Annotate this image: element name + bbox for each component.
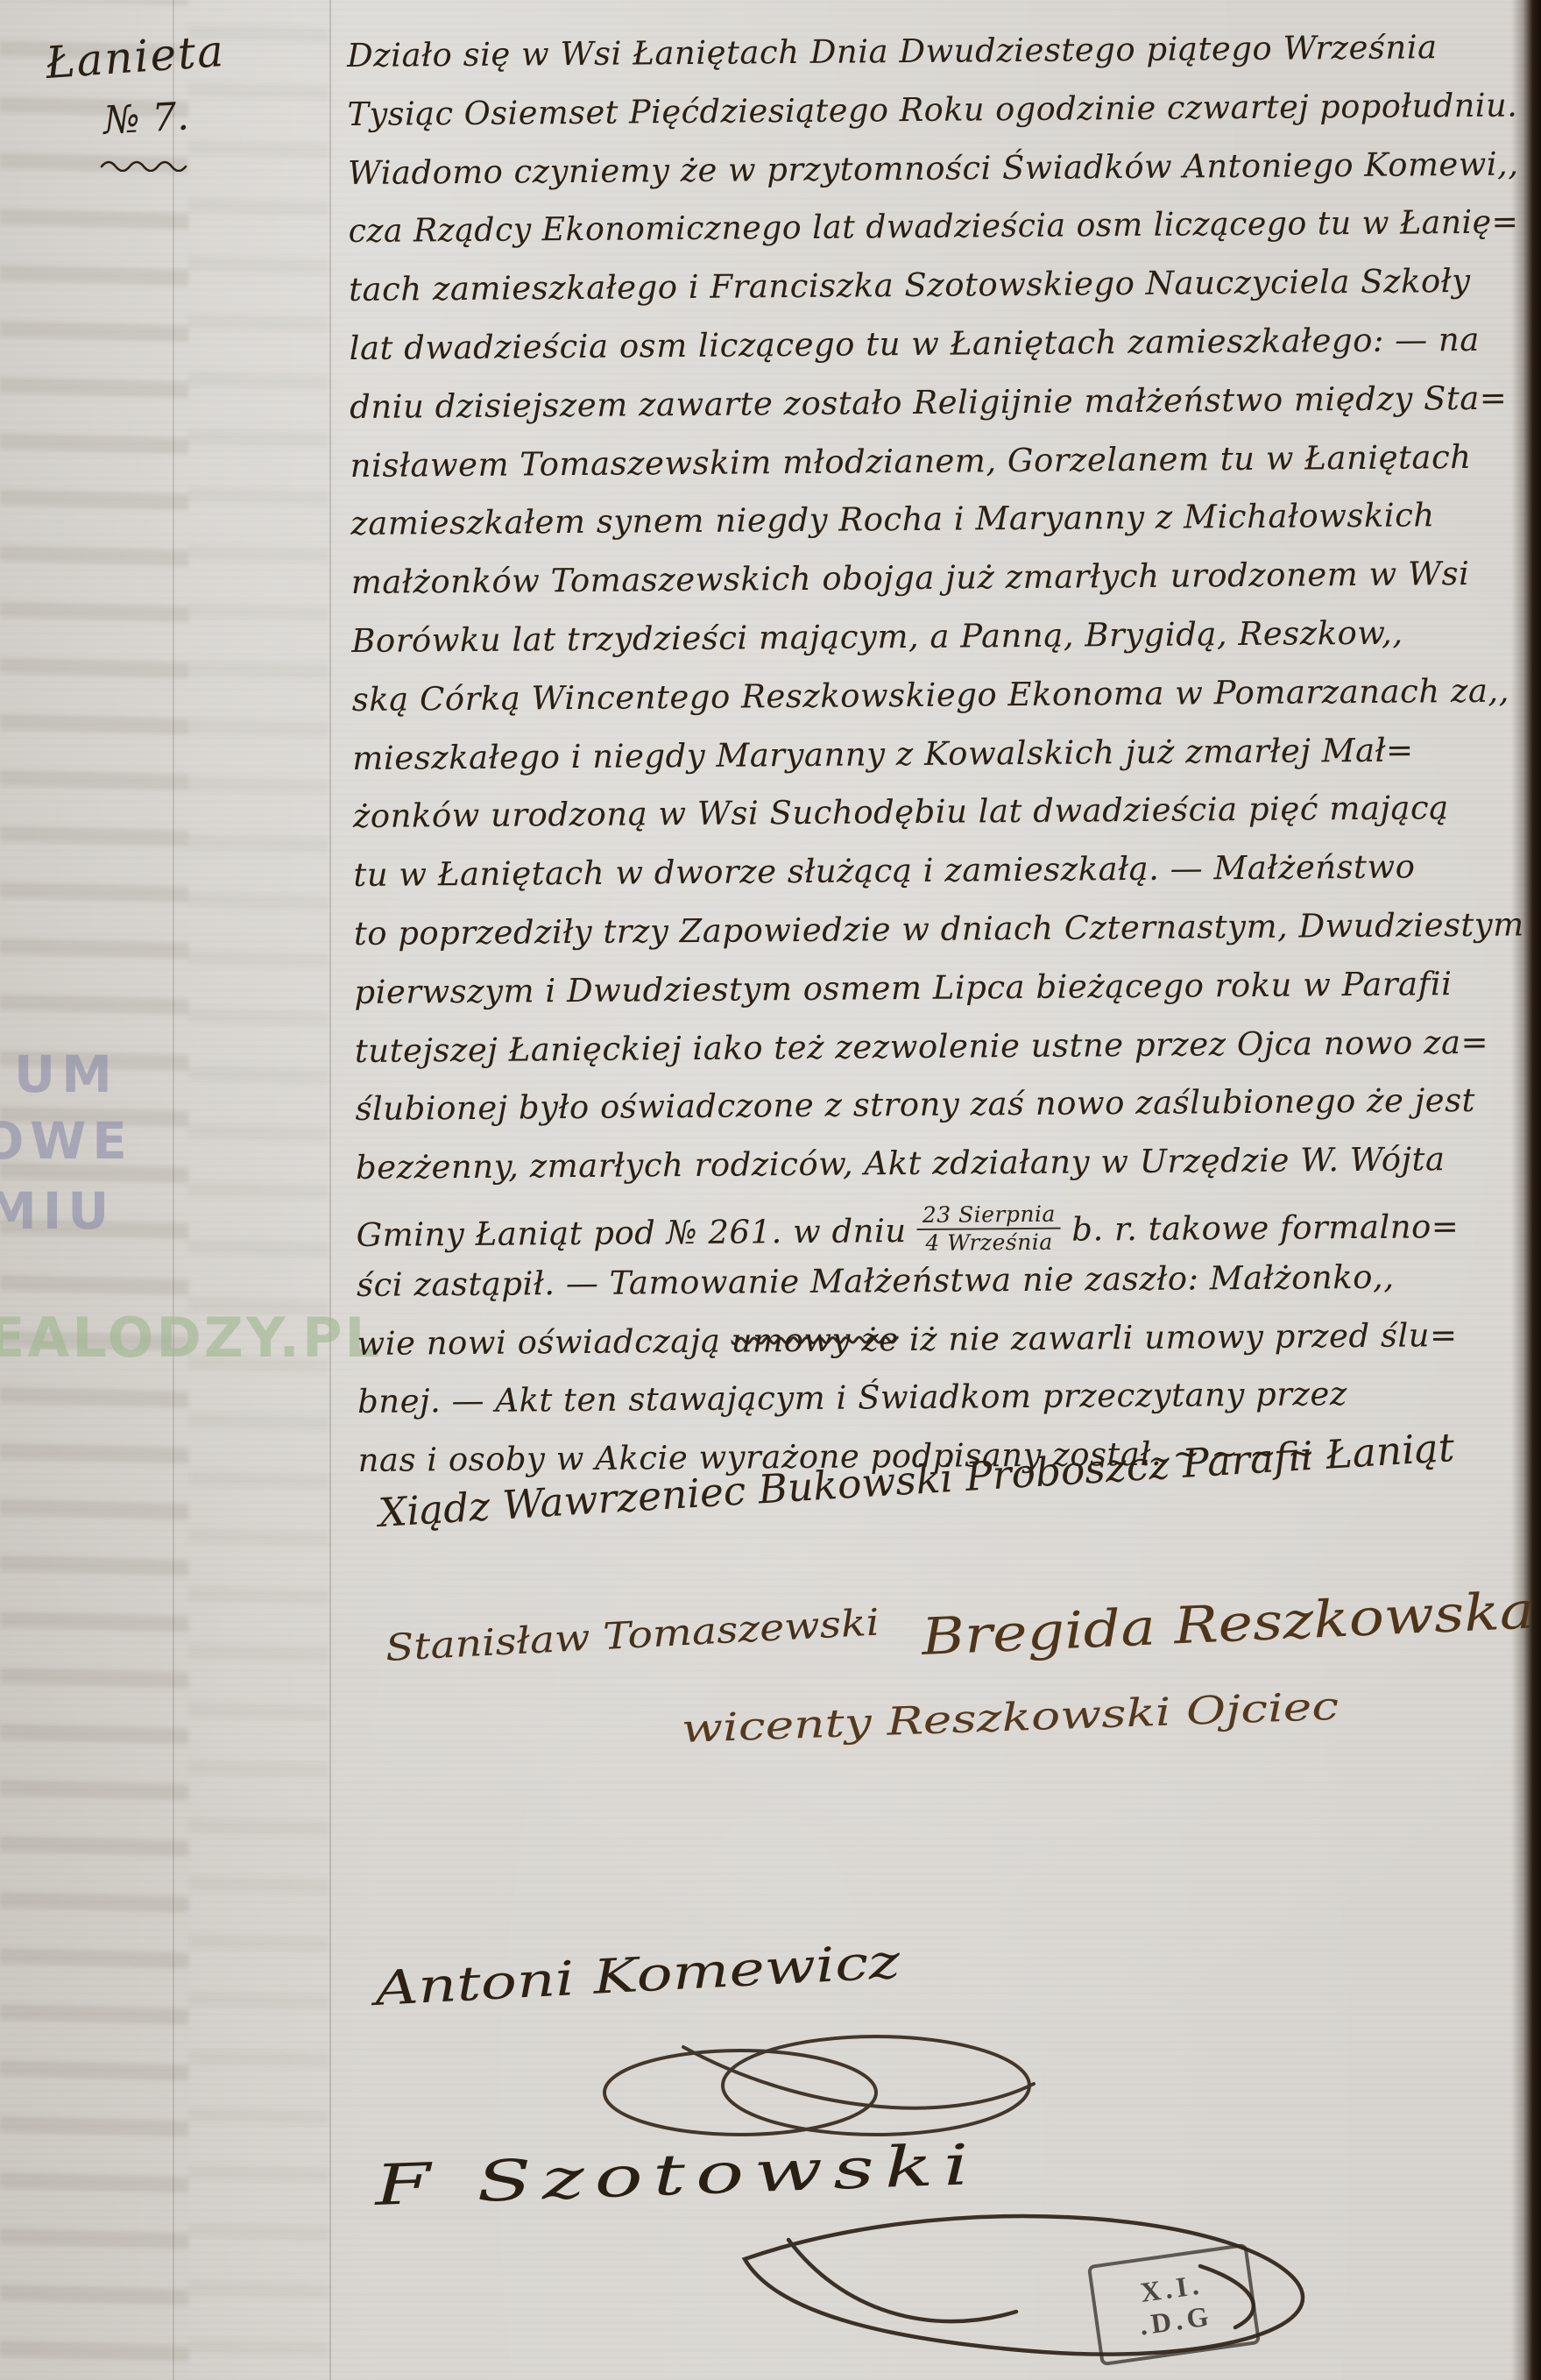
record-line: bnej. — Akt ten stawającym i Świadkom pr… bbox=[357, 1373, 1528, 1421]
record-line-with-strikeout: wie nowi oświadczają umowy że iż nie zaw… bbox=[357, 1315, 1527, 1364]
signature-flourish-komewicz bbox=[578, 2031, 1069, 2147]
record-line: Działo się w Wsi Łaniętach Dnia Dwudzies… bbox=[347, 28, 1517, 76]
struck-line-post: iż nie zawarli umowy przed ślu= bbox=[898, 1316, 1457, 1358]
dual-calendar-date: 23 Sierpnia4 Września bbox=[917, 1202, 1062, 1256]
record-line: Tysiąc Osiemset Pięćdziesiątego Roku ogo… bbox=[347, 87, 1506, 135]
record-line: małżonków Tomaszewskich obojga już zmarł… bbox=[351, 555, 1522, 603]
record-line: to poprzedziły trzy Zapowiedzie w dniach… bbox=[354, 906, 1523, 954]
record-line: tach zamieszkałego i Franciszka Szotowsk… bbox=[349, 262, 1519, 310]
record-line: Borówku lat trzydzieści mającym, a Panną… bbox=[351, 613, 1522, 662]
record-line: mieszkałego i niegdy Maryanny z Kowalski… bbox=[352, 731, 1523, 779]
date-julian: 23 Sierpnia bbox=[917, 1202, 1061, 1230]
scanned-document-page: UM OWE MIU EALODZY.PL Łanieta № 7. Dział… bbox=[0, 0, 1541, 2380]
struck-line-pre: wie nowi oświadczają bbox=[357, 1322, 731, 1363]
record-line: ską Córką Wincentego Reszkowskiego Ekono… bbox=[352, 672, 1523, 720]
date-line-pre: Gminy Łaniąt pod № 261. w dniu bbox=[356, 1212, 917, 1254]
record-line: żonków urodzoną w Wsi Suchodębiu lat dwa… bbox=[353, 789, 1523, 837]
record-line: ślubionej było oświadczone z strony zaś … bbox=[355, 1081, 1525, 1130]
record-line: tutejszej Łanięckiej iako też zezwolenie… bbox=[355, 1024, 1525, 1072]
record-line: cza Rządcy Ekonomicznego lat dwadzieścia… bbox=[348, 203, 1493, 251]
record-line: dniu dzisiejszem zawarte zostało Religij… bbox=[350, 379, 1520, 428]
date-gregorian: 4 Września bbox=[917, 1229, 1061, 1256]
date-line-post: b. r. takowe formalno= bbox=[1061, 1208, 1460, 1249]
record-line: ści zastąpił. — Tamowanie Małżeństwa nie… bbox=[357, 1257, 1527, 1305]
struck-out-words: umowy że bbox=[732, 1321, 899, 1359]
record-line-dual-date: Gminy Łaniąt pod № 261. w dniu 23 Sierpn… bbox=[356, 1198, 1526, 1259]
record-line: Wiadomo czyniemy że w przytomności Świad… bbox=[348, 145, 1513, 194]
record-line: tu w Łaniętach w dworze służącą i zamies… bbox=[353, 847, 1523, 896]
record-line: pierwszym i Dwudziestym osmem Lipca bież… bbox=[354, 965, 1524, 1013]
record-line: lat dwadzieścia osm liczącego tu w Łanię… bbox=[349, 321, 1519, 369]
record-line: bezżenny, zmarłych rodziców, Akt zdziała… bbox=[356, 1140, 1526, 1188]
record-text-block: Działo się w Wsi Łaniętach Dnia Dwudzies… bbox=[0, 0, 1541, 2380]
record-line: zamieszkałem synem niegdy Rocha i Maryan… bbox=[350, 496, 1521, 544]
record-line: nisławem Tomaszewskim młodzianem, Gorzel… bbox=[350, 438, 1521, 486]
